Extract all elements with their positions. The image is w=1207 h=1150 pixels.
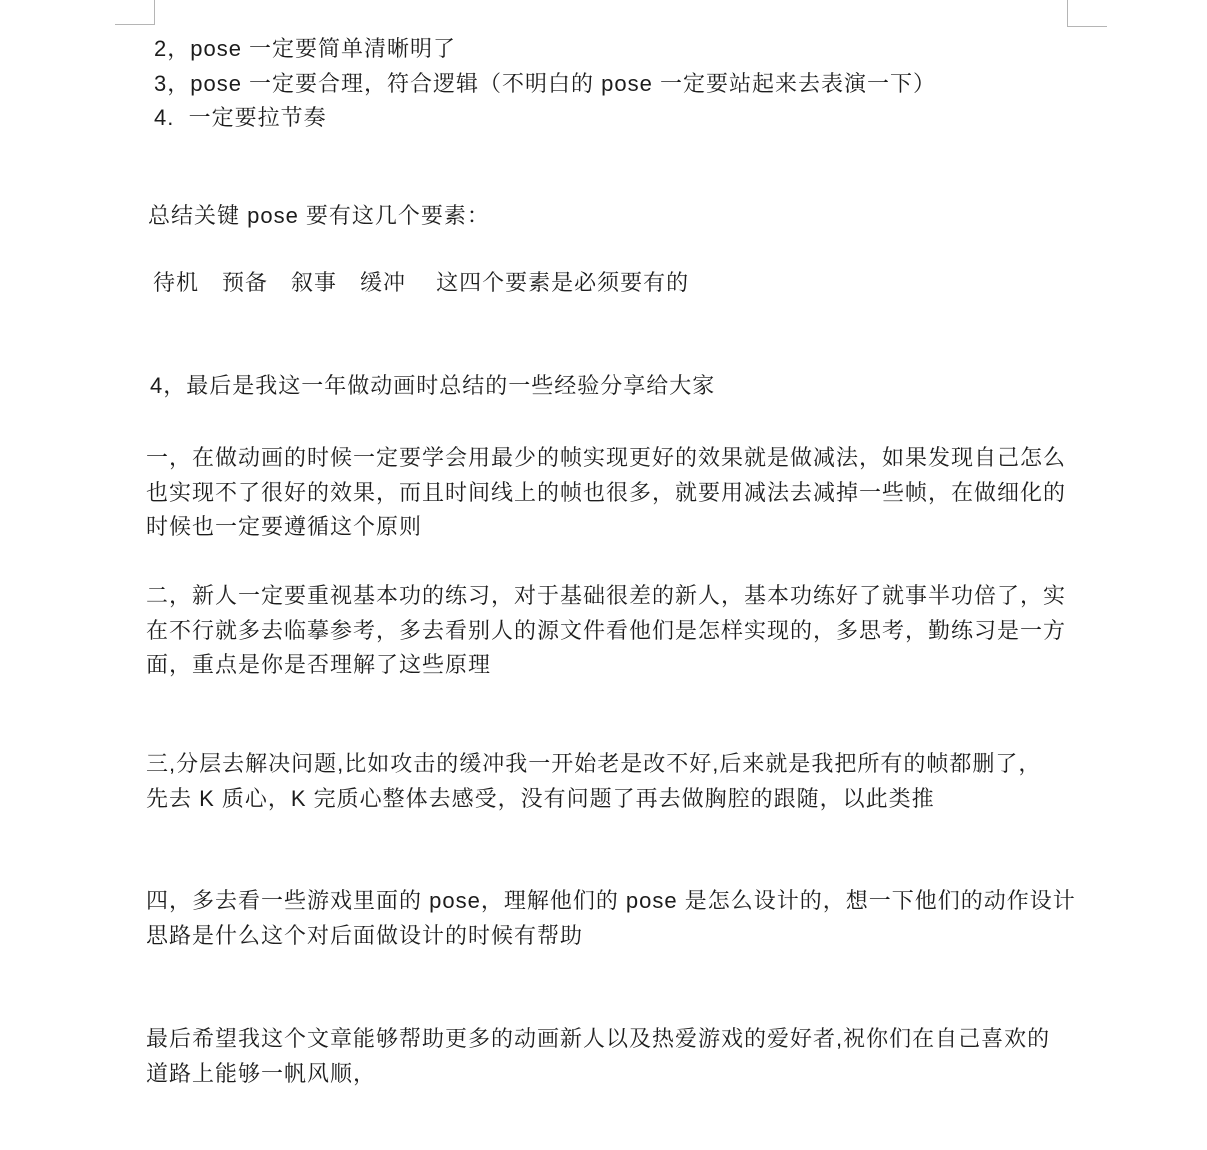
tip-line: 四，多去看一些游戏里面的 pose，理解他们的 pose 是怎么设计的，想一下他… [146, 884, 1076, 919]
closing-paragraph: 最后希望我这个文章能够帮助更多的动画新人以及热爱游戏的爱好者,祝你们在自己喜欢的… [146, 1022, 1050, 1091]
closing-line: 最后希望我这个文章能够帮助更多的动画新人以及热爱游戏的爱好者,祝你们在自己喜欢的 [146, 1022, 1050, 1057]
summary-title-text: 总结关键 pose 要有这几个要素： [148, 199, 490, 234]
tip-line: 先去 K 质心，K 完质心整体去感受，没有问题了再去做胸腔的跟随，以此类推 [146, 782, 1041, 817]
tip-paragraph-4: 四，多去看一些游戏里面的 pose，理解他们的 pose 是怎么设计的，想一下他… [146, 884, 1076, 953]
tip-line: 面，重点是你是否理解了这些原理 [146, 648, 1066, 683]
tip-line: 二，新人一定要重视基本功的练习，对于基础很差的新人，基本功练好了就事半功倍了，实 [146, 579, 1066, 614]
crop-mark-top-left-icon [115, 0, 155, 25]
key-elements-line: 待机 预备 叙事 缓冲 这四个要素是必须要有的 [153, 266, 689, 301]
crop-mark-top-right-icon [1067, 0, 1107, 27]
tip-line: 思路是什么这个对后面做设计的时候有帮助 [146, 919, 1076, 954]
pose-rule-item: 4. 一定要拉节奏 [154, 101, 936, 136]
experience-section-title: 4，最后是我这一年做动画时总结的一些经验分享给大家 [150, 369, 715, 404]
tip-line: 在不行就多去临摹参考，多去看别人的源文件看他们是怎样实现的，多思考，勤练习是一方 [146, 614, 1066, 649]
tip-line: 一，在做动画的时候一定要学会用最少的帧实现更好的效果就是做减法，如果发现自己怎么 [146, 441, 1066, 476]
experience-section-title-text: 4，最后是我这一年做动画时总结的一些经验分享给大家 [150, 369, 715, 404]
tip-paragraph-1: 一，在做动画的时候一定要学会用最少的帧实现更好的效果就是做减法，如果发现自己怎么… [146, 441, 1066, 545]
tip-line: 时候也一定要遵循这个原则 [146, 510, 1066, 545]
pose-rules-list: 2，pose 一定要简单清晰明了 3，pose 一定要合理，符合逻辑（不明白的 … [154, 32, 936, 136]
closing-line: 道路上能够一帆风顺， [146, 1057, 1050, 1092]
key-elements-text: 待机 预备 叙事 缓冲 这四个要素是必须要有的 [153, 266, 689, 301]
tip-paragraph-3: 三,分层去解决问题,比如攻击的缓冲我一开始老是改不好,后来就是我把所有的帧都删了… [146, 747, 1041, 816]
summary-title: 总结关键 pose 要有这几个要素： [148, 199, 490, 234]
tip-paragraph-2: 二，新人一定要重视基本功的练习，对于基础很差的新人，基本功练好了就事半功倍了，实… [146, 579, 1066, 683]
document-page: 2，pose 一定要简单清晰明了 3，pose 一定要合理，符合逻辑（不明白的 … [0, 0, 1207, 1150]
pose-rule-item: 3，pose 一定要合理，符合逻辑（不明白的 pose 一定要站起来去表演一下） [154, 67, 936, 102]
tip-line: 也实现不了很好的效果，而且时间线上的帧也很多，就要用减法去减掉一些帧，在做细化的 [146, 476, 1066, 511]
tip-line: 三,分层去解决问题,比如攻击的缓冲我一开始老是改不好,后来就是我把所有的帧都删了… [146, 747, 1041, 782]
pose-rule-item: 2，pose 一定要简单清晰明了 [154, 32, 936, 67]
